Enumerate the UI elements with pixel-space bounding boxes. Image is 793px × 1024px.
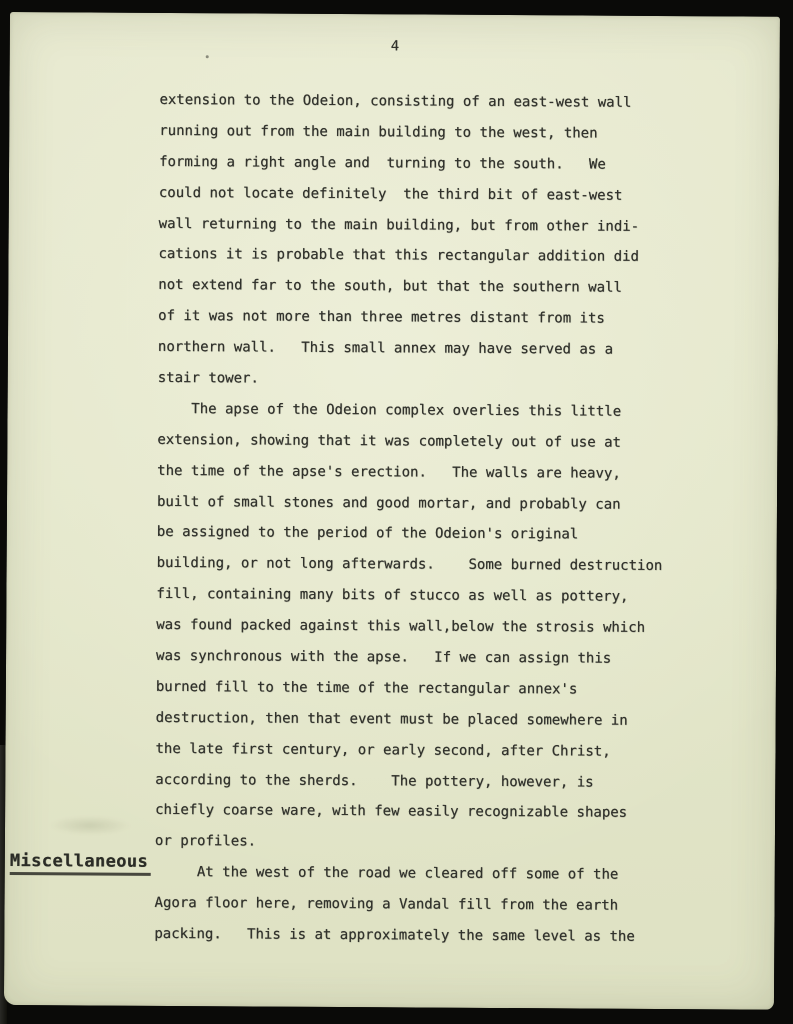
- text-line: Agora floor here, removing a Vandal fill…: [154, 888, 714, 922]
- text-line: cations it is probable that this rectang…: [158, 239, 718, 273]
- margin-heading: Miscellaneous: [10, 850, 151, 876]
- text-line: wall returning to the main building, but…: [159, 208, 719, 242]
- text-line: not extend far to the south, but that th…: [158, 270, 718, 304]
- text-line: the late first century, or early second,…: [155, 734, 715, 768]
- text-line: be assigned to the period of the Odeion'…: [157, 517, 717, 551]
- text-line: At the west of the road we cleared off s…: [155, 857, 715, 891]
- text-line: building, or not long afterwards. Some b…: [157, 548, 717, 582]
- paper-smudge: [35, 812, 145, 839]
- text-line: burned fill to the time of the rectangul…: [156, 672, 716, 706]
- text-line: fill, containing many bits of stucco as …: [156, 579, 716, 613]
- text-line: according to the sherds. The pottery, ho…: [155, 764, 715, 798]
- text-line: was found packed against this wall,below…: [156, 610, 716, 644]
- text-line: extension to the Odeion, consisting of a…: [159, 85, 719, 119]
- text-line: extension, showing that it was completel…: [157, 425, 717, 459]
- text-line: of it was not more than three metres dis…: [158, 301, 718, 335]
- text-line: built of small stones and good mortar, a…: [157, 486, 717, 520]
- text-line: destruction, then that event must be pla…: [156, 703, 716, 737]
- text-line: could not locate definitely the third bi…: [159, 178, 719, 212]
- text-line: running out from the main building to th…: [159, 116, 719, 150]
- text-line: northern wall. This small annex may have…: [158, 332, 718, 366]
- document-page: 4 Miscellaneous extension to the Odeion,…: [4, 12, 780, 1010]
- text-line: stair tower.: [158, 363, 718, 397]
- page-number: 4: [391, 38, 400, 54]
- text-line: packing. This is at approximately the sa…: [154, 919, 714, 953]
- typed-text-block: extension to the Odeion, consisting of a…: [154, 85, 719, 953]
- text-line: chiefly coarse ware, with few easily rec…: [155, 795, 715, 829]
- scanner-background: { "doc": { "page_number": "4", "margin_h…: [0, 0, 793, 1024]
- ink-dot-artifact: [206, 55, 209, 58]
- text-line: forming a right angle and turning to the…: [159, 147, 719, 181]
- text-line: the time of the apse's erection. The wal…: [157, 456, 717, 490]
- text-line: or profiles.: [155, 826, 715, 860]
- text-line: was synchronous with the apse. If we can…: [156, 641, 716, 675]
- text-line: The apse of the Odeion complex overlies …: [157, 394, 717, 428]
